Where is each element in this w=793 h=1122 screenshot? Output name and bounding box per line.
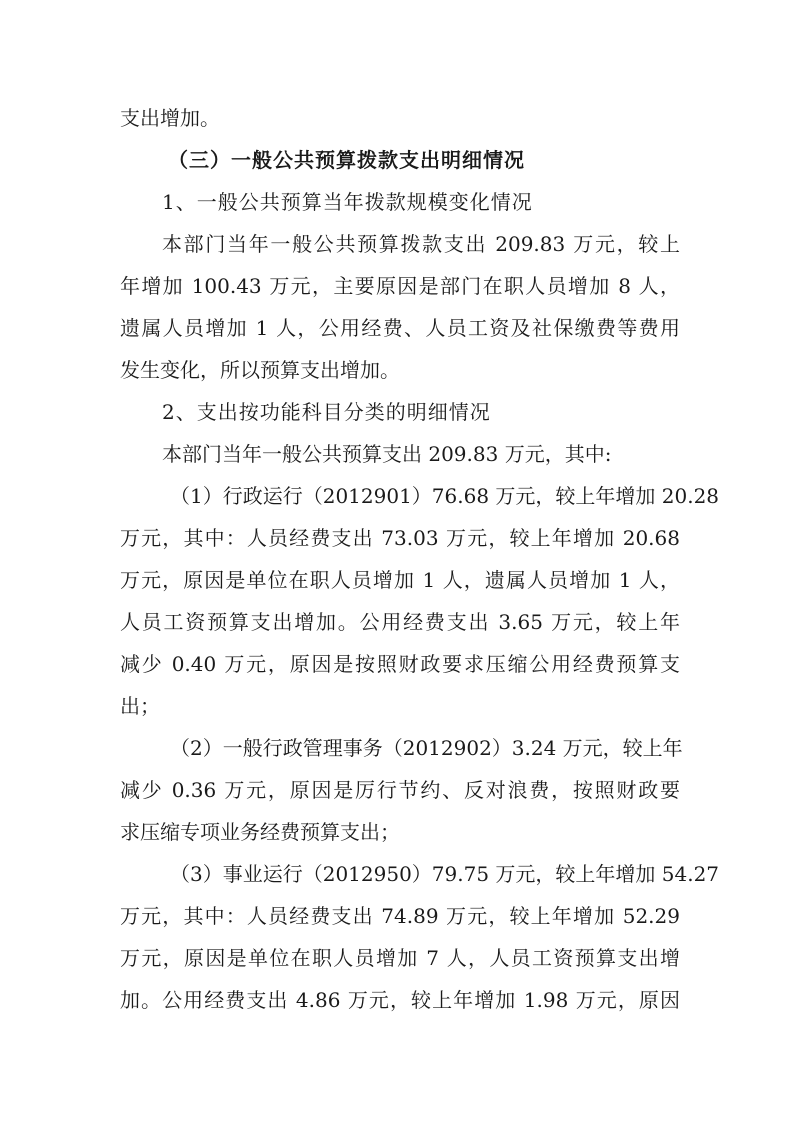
item-1-line: 万元，原因是单位在职人员增加 1 人，遗属人员增加 1 人， [120,565,680,595]
item-1-line: 出； [120,691,680,721]
paragraph-line: 本部门当年一般公共预算拨款支出 209.83 万元，较上 [162,229,680,259]
item-1-line: 人员工资预算支出增加。公用经费支出 3.65 万元，较上年 [120,607,680,637]
item-3-line: 万元，原因是单位在职人员增加 7 人，人员工资预算支出增 [120,943,680,973]
paragraph-line: 本部门当年一般公共预算支出 209.83 万元，其中: [162,439,680,469]
paragraph-line: 年增加 100.43 万元，主要原因是部门在职人员增加 8 人， [120,271,680,301]
item-1-line: （1）行政运行（2012901）76.68 万元，较上年增加 20.28 [170,481,680,511]
paragraph-line: 发生变化，所以预算支出增加。 [120,355,680,385]
item-2-line: 减少 0.36 万元，原因是厉行节约、反对浪费，按照财政要 [120,775,680,805]
item-1-line: 减少 0.40 万元，原因是按照财政要求压缩公用经费预算支 [120,649,680,679]
paragraph-line: 遗属人员增加 1 人，公用经费、人员工资及社保缴费等费用 [120,313,680,343]
item-2-line: 求压缩专项业务经费预算支出； [120,817,680,847]
item-2-line: （2）一般行政管理事务（2012902）3.24 万元，较上年 [170,733,680,763]
paragraph-tail-line: 支出增加。 [120,103,680,133]
section-heading: （三）一般公共预算拨款支出明细情况 [168,145,548,175]
subsection-heading-1: 1、一般公共预算当年拨款规模变化情况 [162,187,542,217]
document-page: 支出增加。 （三）一般公共预算拨款支出明细情况 1、一般公共预算当年拨款规模变化… [0,0,793,1122]
item-3-line: （3）事业运行（2012950）79.75 万元，较上年增加 54.27 [170,859,680,889]
subsection-heading-2: 2、支出按功能科目分类的明细情况 [162,397,542,427]
item-1-line: 万元，其中：人员经费支出 73.03 万元，较上年增加 20.68 [120,523,680,553]
item-3-line: 加。公用经费支出 4.86 万元，较上年增加 1.98 万元，原因 [120,985,680,1015]
item-3-line: 万元，其中：人员经费支出 74.89 万元，较上年增加 52.29 [120,901,680,931]
